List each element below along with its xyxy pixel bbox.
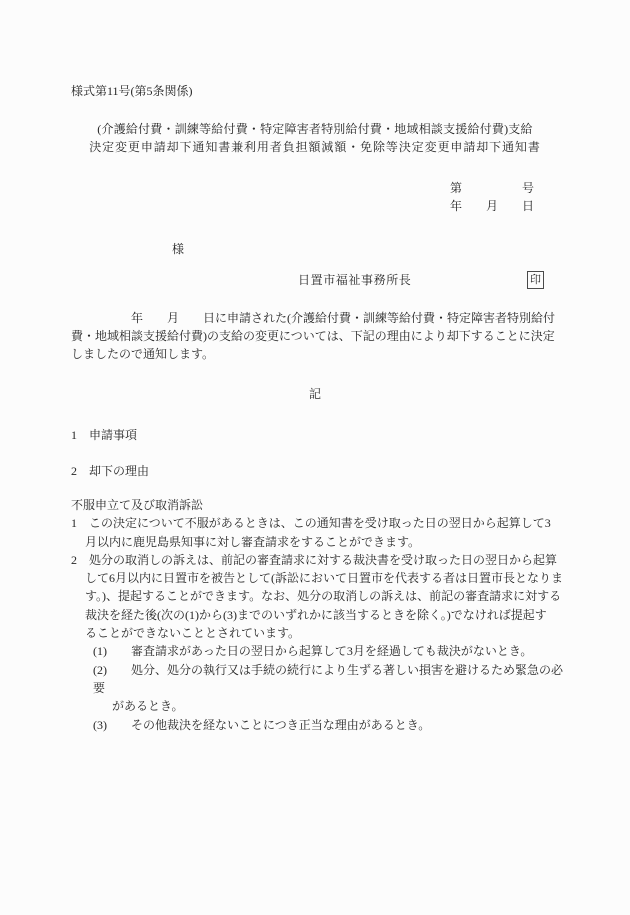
- appeal-heading: 不服申立て及び取消訴訟: [71, 496, 565, 514]
- appeal-line: す。)、提起することができます。なお、処分の取消しの訴えは、前記の審査請求に対す…: [71, 587, 565, 605]
- record-marker: 記: [0, 385, 630, 403]
- seal-box: 印: [527, 271, 544, 289]
- document-page: 様式第11号(第5条関係) (介護給付費・訓練等給付費・特定障害者特別給付費・地…: [0, 0, 630, 915]
- appeal-section: 不服申立て及び取消訴訟 1 この決定について不服があるときは、この通知書を受け取…: [71, 496, 565, 734]
- body-line: 年 月 日に申請された(介護給付費・訓練等給付費・特定障害者特別給付: [71, 310, 561, 328]
- appeal-line: 2 処分の取消しの訴えは、前記の審査請求に対する裁決書を受け取った日の翌日から起…: [71, 551, 565, 569]
- notification-body: 年 月 日に申請された(介護給付費・訓練等給付費・特定障害者特別給付 費・地域相…: [71, 310, 561, 363]
- document-number-line: 第 号: [450, 179, 534, 197]
- appeal-subitem-2-continuation: があるとき。: [71, 697, 565, 715]
- document-title-line2: 決定変更申請却下通知書兼利用者負担額減額・免除等決定変更申請却下通知書: [0, 138, 630, 156]
- appeal-subitem-1: (1) 審査請求があった日の翌日から起算して3月を経過しても裁決がないとき。: [71, 642, 565, 660]
- appeal-line: して6月以内に日置市を被告として(訴訟において日置市を代表する者は日置市長となり…: [71, 569, 565, 587]
- body-line: しましたので通知します。: [71, 346, 561, 364]
- appeal-line: 月以内に鹿児島県知事に対し審査請求をすることができます。: [71, 533, 565, 551]
- appeal-subitem-2: (2) 処分、処分の執行又は手続の続行により生ずる著しい損害を避けるため緊急の必…: [71, 661, 565, 698]
- document-number-block: 第 号 年 月 日: [450, 179, 534, 215]
- document-title-line1: (介護給付費・訓練等給付費・特定障害者特別給付費・地域相談支援給付費)支給: [0, 120, 630, 138]
- body-line: 費・地域相談支援給付費)の支給の変更については、下記の理由により却下することに決…: [71, 328, 561, 346]
- record-item-application: 1 申請事項: [71, 426, 137, 444]
- record-item-rejection-reason: 2 却下の理由: [71, 462, 149, 480]
- appeal-line: 裁決を経た後(次の(1)から(3)までのいずれかに該当するときを除く。)でなけれ…: [71, 606, 565, 624]
- appeal-line: 1 この決定について不服があるときは、この通知書を受け取った日の翌日から起算して…: [71, 514, 565, 532]
- document-date-line: 年 月 日: [450, 197, 534, 215]
- appeal-line: ることができないこととされています。: [71, 624, 565, 642]
- document-title: (介護給付費・訓練等給付費・特定障害者特別給付費・地域相談支援給付費)支給 決定…: [0, 120, 630, 156]
- addressee-honorific: 様: [172, 240, 184, 258]
- appeal-subitem-3: (3) その他裁決を経ないことにつき正当な理由があるとき。: [71, 716, 565, 734]
- form-reference: 様式第11号(第5条関係): [71, 82, 193, 100]
- issuer-title: 日置市福祉事務所長: [298, 271, 411, 289]
